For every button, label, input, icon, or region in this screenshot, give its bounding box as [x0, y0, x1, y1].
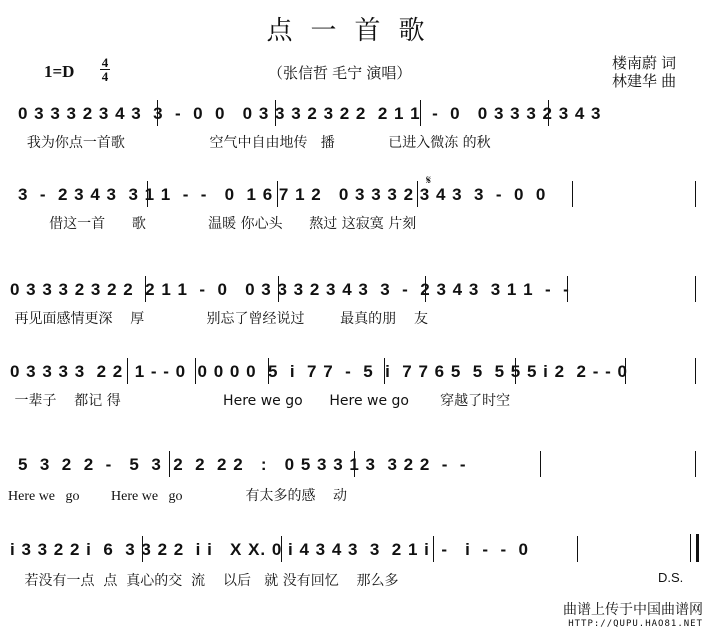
- barline: [354, 451, 355, 477]
- credits: 楼南蔚 词 林建华 曲: [612, 55, 676, 91]
- barline: [278, 276, 279, 302]
- key-signature: 1=D: [44, 62, 74, 82]
- barline: [420, 100, 421, 126]
- notes-row-2: 3 - 2 3 4 3 3 1 1 - - 0 1 6 7 1 2 0 3 3 …: [18, 185, 546, 205]
- ds-marking: D.S.: [658, 570, 683, 585]
- barline: [275, 100, 276, 126]
- lyrics-row-6: 若没有一点 点 真心的交 流 以后 就 没有回忆 那么多: [20, 570, 399, 590]
- lyrics-row-5: Here we go Here we go 有太多的感 动: [8, 485, 347, 505]
- time-sig-bottom: 4: [100, 70, 110, 83]
- barline: [142, 536, 143, 562]
- barline: [425, 276, 426, 302]
- time-signature: 4 4: [100, 56, 110, 83]
- barline: [268, 358, 269, 384]
- lyrics-row-3: 再见面感情更深 厚 别忘了曾经说过 最真的朋 友: [10, 308, 428, 328]
- watermark-text: 曲谱上传于中国曲谱网: [563, 599, 703, 619]
- time-sig-top: 4: [100, 56, 110, 69]
- lyrics-row-1: 我为你点一首歌 空气中自由地传 播 已进入微冻 的秋: [18, 132, 491, 152]
- barline: [548, 100, 549, 126]
- song-title: 点一首歌: [0, 10, 709, 47]
- segno-icon: 𝄋: [426, 173, 431, 188]
- final-barline: [690, 534, 699, 562]
- barline: [515, 358, 516, 384]
- barline: [695, 451, 696, 477]
- barline: [277, 181, 278, 207]
- barline: [127, 358, 128, 384]
- barline: [695, 276, 696, 302]
- lyrics-row-4: 一辈子 都记 得 Here we go Here we go 穿越了时空: [10, 390, 510, 410]
- barline: [281, 536, 282, 562]
- barline: [433, 536, 434, 562]
- lyricist: 楼南蔚 词: [612, 55, 676, 73]
- notes-row-4: 0 3 3 3 3 2 2 1 - - 0 0 0 0 0 5 i 7 7 - …: [10, 362, 628, 382]
- barline: [384, 358, 385, 384]
- notes-row-5: 5 3 2 2 - 5 3 2 2 2 2 : 0 5 3 3 1 3 3 2 …: [18, 455, 466, 475]
- barline: [625, 358, 626, 384]
- barline: [695, 358, 696, 384]
- watermark-url: HTTP://QUPU.HAO81.NET: [563, 619, 703, 629]
- barline: [540, 451, 541, 477]
- notes-row-6: i 3 3 2 2 i 6 3 3 2 2 i i X X. 0 i 4 3 4…: [10, 540, 529, 560]
- barline: [157, 100, 158, 126]
- barline: [577, 536, 578, 562]
- barline: [572, 181, 573, 207]
- barline: [145, 276, 146, 302]
- notes-row-3: 0 3 3 3 2 3 2 2 2 1 1 - 0 0 3 3 3 2 3 4 …: [10, 280, 570, 300]
- barline: [169, 451, 170, 477]
- barline: [567, 276, 568, 302]
- barline: [417, 181, 418, 207]
- performers: （张信哲 毛宁 演唱）: [268, 62, 411, 83]
- lyrics-row-2: 借这一首 歌 温暖 你心头 熬过 这寂寞 片刻: [18, 213, 416, 233]
- watermark: 曲谱上传于中国曲谱网 HTTP://QUPU.HAO81.NET: [563, 599, 703, 629]
- barline: [695, 181, 696, 207]
- barline: [195, 358, 196, 384]
- barline: [147, 181, 148, 207]
- composer: 林建华 曲: [612, 73, 676, 91]
- notes-row-1: 0 3 3 3 2 3 4 3 3 - 0 0 0 3 3 3 2 3 2 2 …: [18, 104, 602, 124]
